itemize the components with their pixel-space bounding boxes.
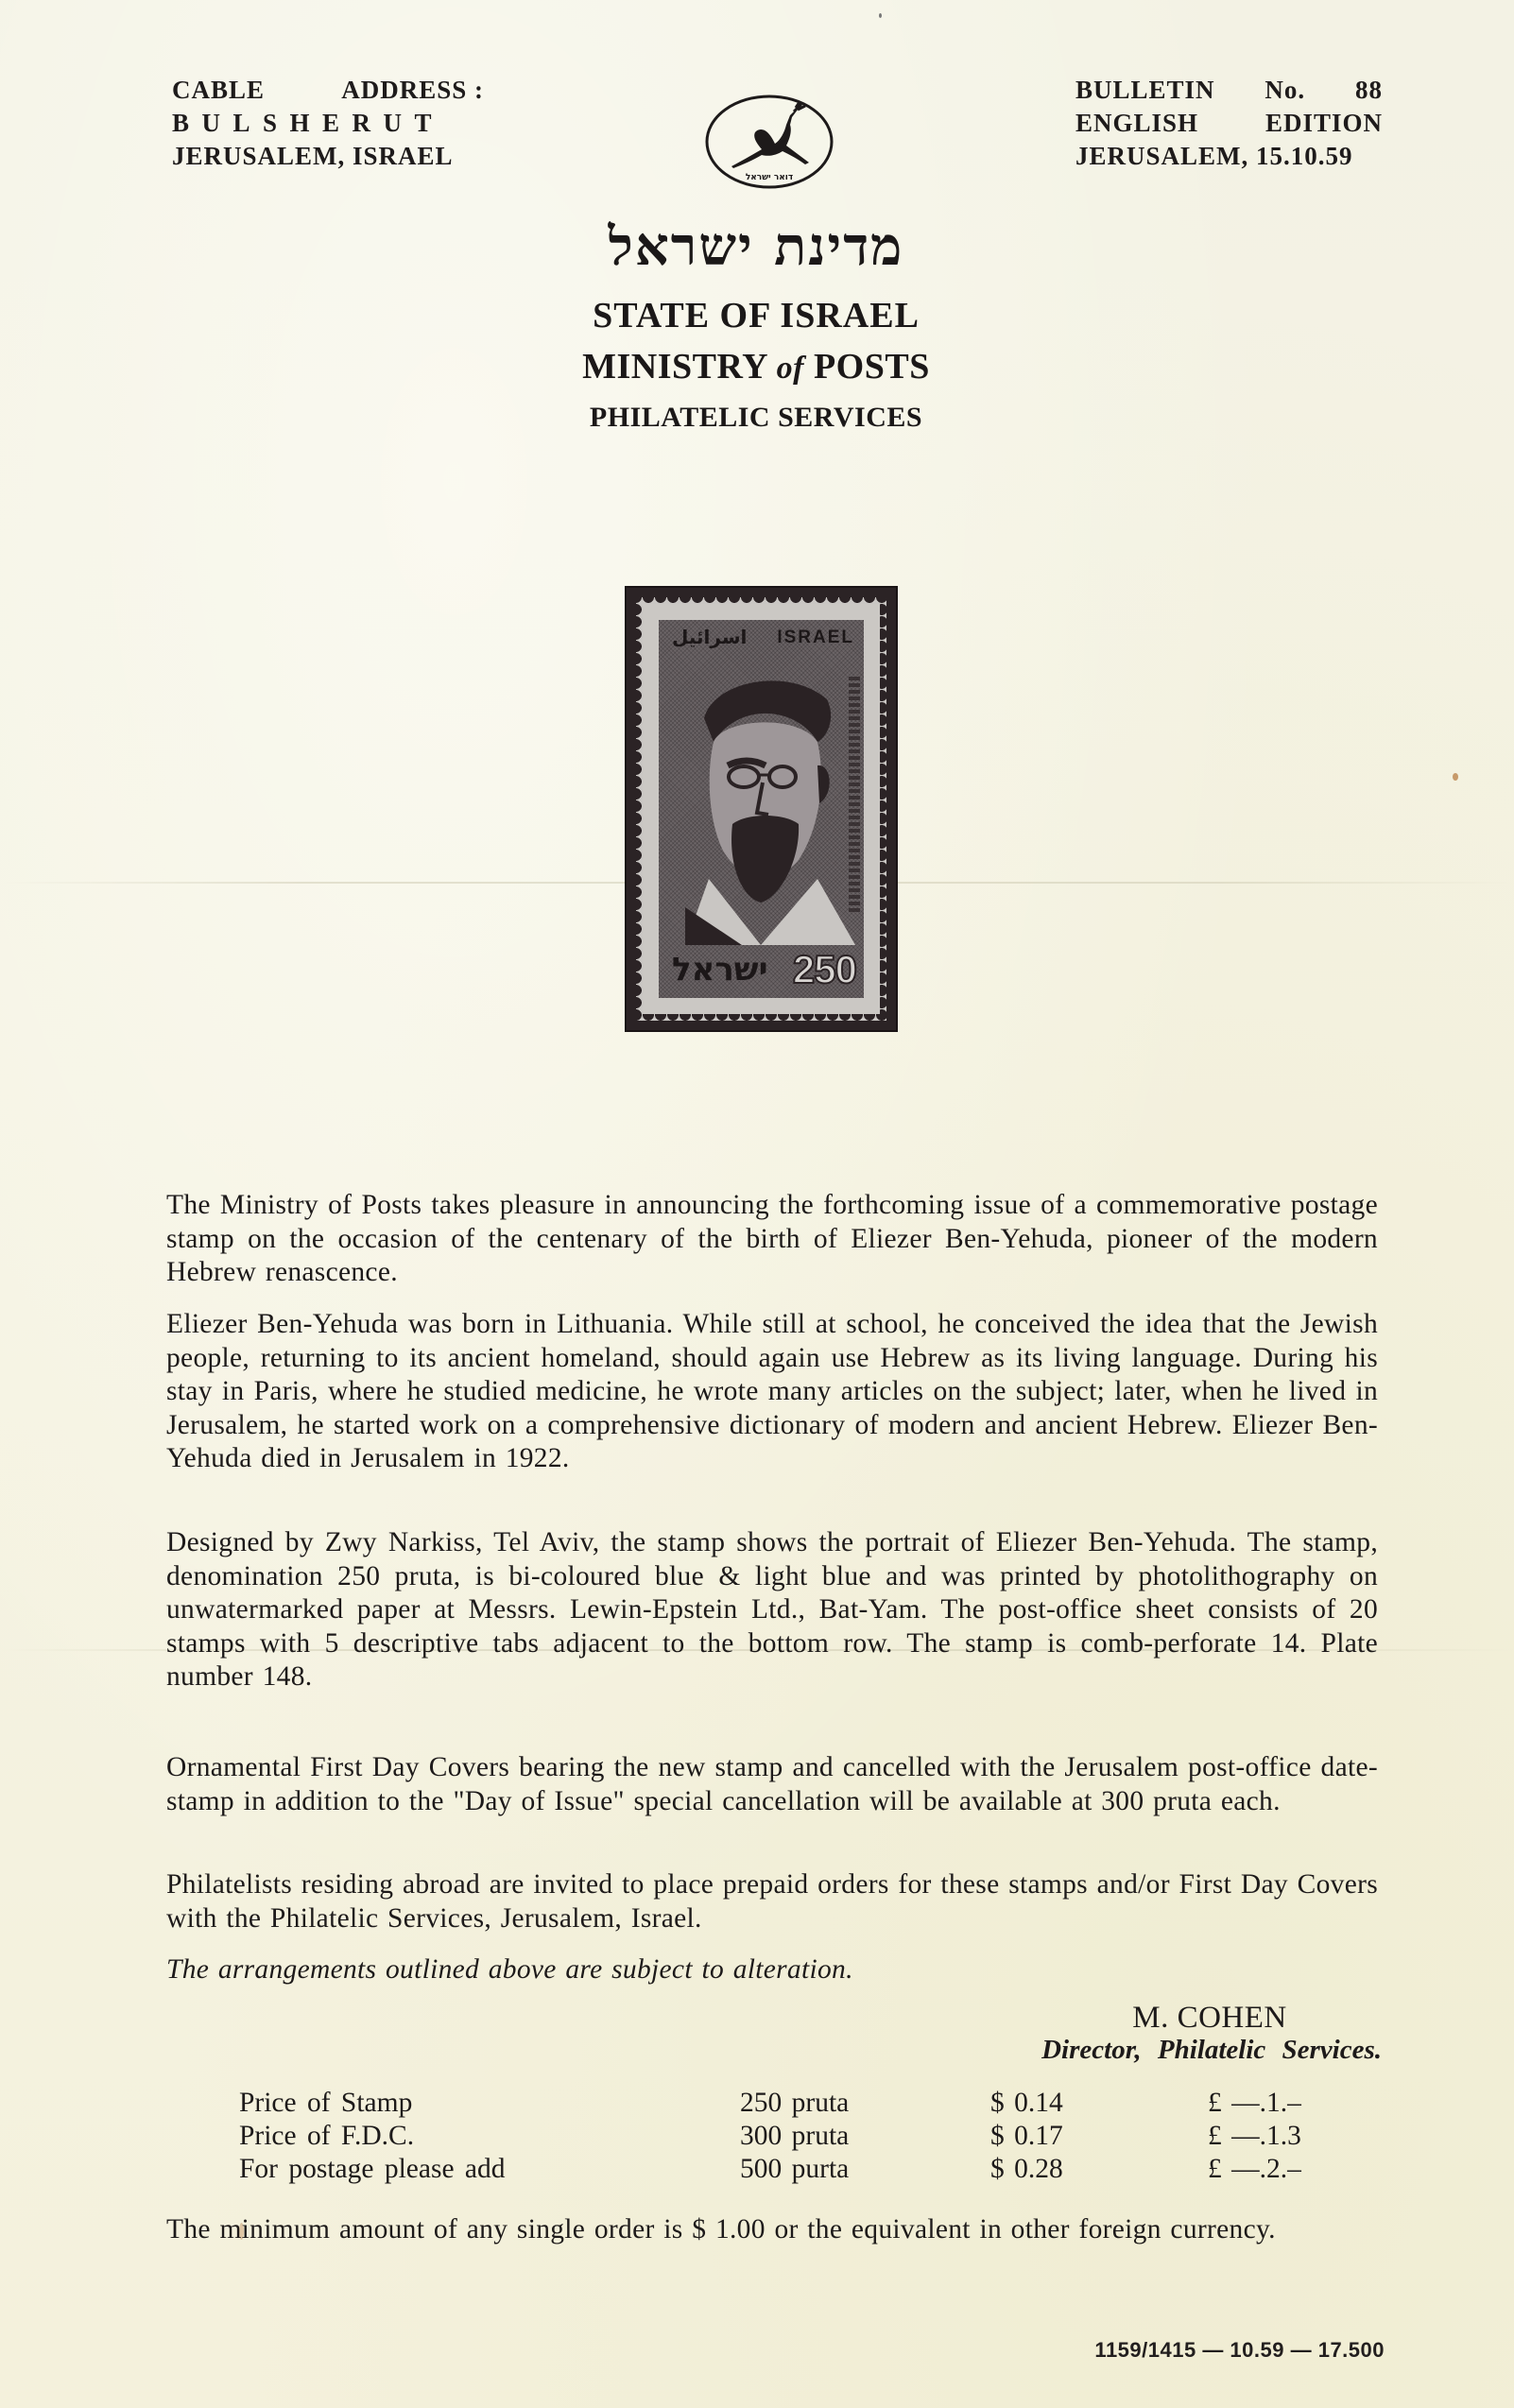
cable-location: JERUSALEM, ISRAEL — [172, 140, 454, 173]
edition-label: EDITION — [1265, 107, 1383, 140]
cable-address-block: CABLE ADDRESS : BULSHERUT JERUSALEM, ISR… — [172, 74, 484, 173]
minimum-order-notice: The minimum amount of any single order i… — [166, 2213, 1378, 2247]
price-pruta: 300 pruta — [740, 2120, 990, 2153]
portrait-icon — [685, 662, 855, 945]
bulletin-label: BULLETIN — [1075, 74, 1215, 107]
signatory-name: M. COHEN — [945, 2001, 1389, 2035]
table-row: Price of Stamp 250 pruta $ 0.14 £ —.1.– — [239, 2087, 1383, 2120]
price-item: For postage please add — [239, 2153, 740, 2186]
table-row: Price of F.D.C. 300 pruta $ 0.17 £ —.1.3 — [239, 2120, 1383, 2153]
price-usd: $ 0.17 — [990, 2120, 1208, 2153]
stamp-country-text: ISRAEL — [777, 628, 854, 648]
postal-emblem: דואר ישראל — [703, 93, 835, 191]
hebrew-state-title: מדינת ישראל — [529, 215, 983, 278]
paper-speck — [879, 13, 882, 18]
price-usd: $ 0.14 — [990, 2087, 1208, 2120]
price-gbp: £ —.1.– — [1208, 2087, 1383, 2120]
bulletin-number: 88 — [1355, 74, 1383, 107]
biography-paragraph: Eliezer Ben-Yehuda was born in Lithuania… — [166, 1308, 1378, 1476]
price-pruta: 250 pruta — [740, 2087, 990, 2120]
bulletin-no-label: No. — [1265, 74, 1305, 107]
signatory-title: Director, Philatelic Services. — [945, 2034, 1382, 2066]
first-day-covers-paragraph: Ornamental First Day Covers bearing the … — [166, 1751, 1378, 1818]
alteration-notice: The arrangements outlined above are subj… — [166, 1953, 1378, 1987]
print-code: 1159/1415 — 10.59 — 17.500 — [969, 2338, 1385, 2363]
stamp-design: اسرائيل ISRAEL ישראל 250 — [659, 620, 864, 998]
price-gbp: £ —.1.3 — [1208, 2120, 1383, 2153]
table-row: For postage please add 500 purta $ 0.28 … — [239, 2153, 1383, 2186]
price-item: Price of Stamp — [239, 2087, 740, 2120]
price-gbp: £ —.2.– — [1208, 2153, 1383, 2186]
stamp-illustration: اسرائيل ISRAEL ישראל 250 — [625, 586, 898, 1032]
ordering-paragraph: Philatelists residing abroad are invited… — [166, 1868, 1378, 1935]
stamp-arabic-text: اسرائيل — [672, 626, 747, 648]
svg-text:דואר ישראל: דואר ישראל — [746, 173, 793, 182]
state-title: STATE OF ISRAEL — [529, 295, 983, 336]
announcement-paragraph: The Ministry of Posts takes pleasure in … — [166, 1189, 1378, 1290]
leaping-deer-emblem-icon: דואר ישראל — [703, 93, 835, 191]
bulletin-place-date: JERUSALEM, 15.10.59 — [1075, 140, 1353, 173]
price-pruta: 500 purta — [740, 2153, 990, 2186]
price-usd: $ 0.28 — [990, 2153, 1208, 2186]
philatelic-services-title: PHILATELIC SERVICES — [529, 401, 983, 435]
cable-address-value: BULSHERUT — [172, 107, 444, 140]
cable-label: CABLE — [172, 74, 265, 107]
edition-language: ENGLISH — [1075, 107, 1198, 140]
price-item: Price of F.D.C. — [239, 2120, 740, 2153]
address-label: ADDRESS : — [341, 74, 484, 107]
bulletin-info-block: BULLETIN No. 88 ENGLISH EDITION JERUSALE… — [1075, 74, 1383, 173]
stamp-details-paragraph: Designed by Zwy Narkiss, Tel Aviv, the s… — [166, 1526, 1378, 1694]
stamp-denomination: 250 — [793, 947, 856, 992]
price-table: Price of Stamp 250 pruta $ 0.14 £ —.1.– … — [239, 2087, 1383, 2186]
ministry-title: MINISTRY of POSTS — [529, 346, 983, 389]
stamp-hebrew-text: ישראל — [672, 951, 768, 989]
paper-stain — [1453, 773, 1458, 781]
